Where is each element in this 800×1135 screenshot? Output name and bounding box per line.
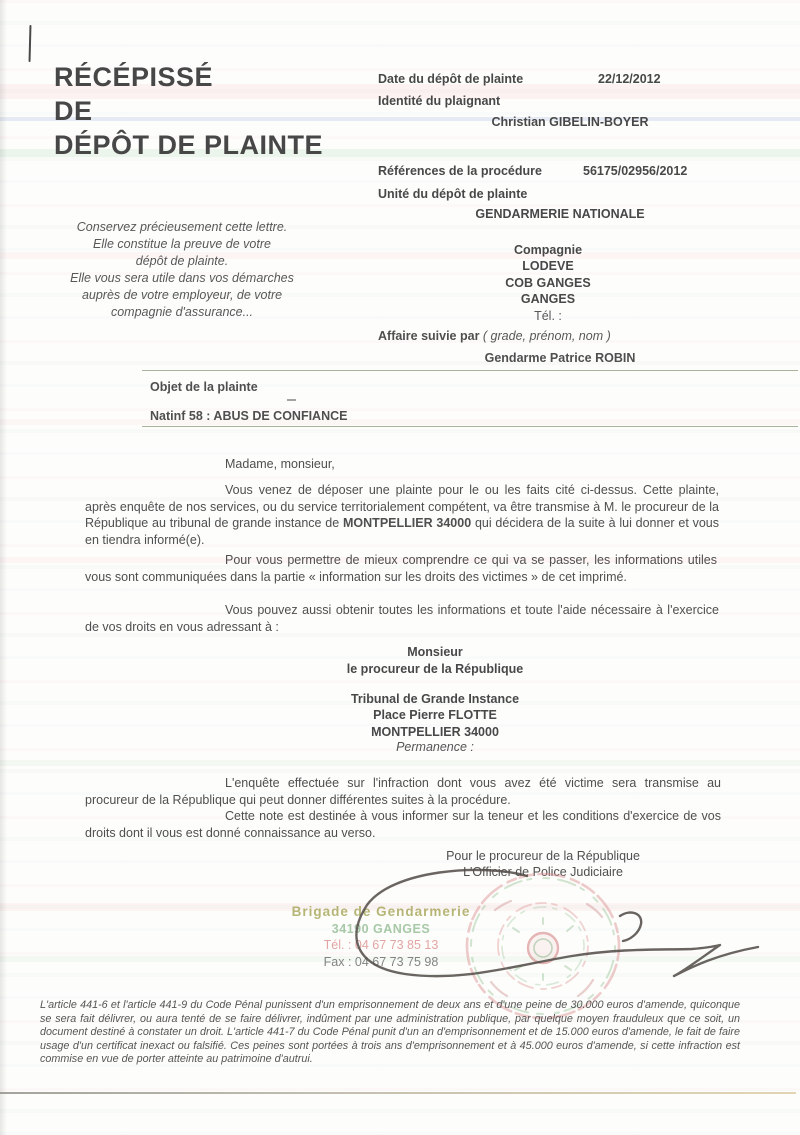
handwritten-signature [330,858,775,1013]
paragraph-victim-rights: Pour vous permettre de mieux comprendre … [85,552,717,585]
identity-label: Identité du plaignant [378,94,500,108]
note-line: dépôt de plainte. [36,253,328,270]
footer-legal-text: L'article 441-6 et l'article 441-9 du Co… [40,999,740,1067]
page-title: RÉCÉPISSÉ DE DÉPÔT DE PLAINTE [54,60,323,162]
addressee-line: le procureur de la République [300,661,570,678]
note-line: Elle constitue la preuve de votre [36,236,328,253]
addressee-line: Monsieur [300,644,570,661]
divider [142,426,798,427]
unit-label: Unité du dépôt de plainte [378,187,527,201]
tribunal-address-line: MONTPELLIER 34000 [300,724,570,740]
unit-address-block: Compagnie LODEVE COB GANGES GANGES Tél. … [448,242,648,324]
salutation: Madame, monsieur, [225,456,335,472]
case-officer-row: Affaire suivie par ( grade, prénom, nom … [378,328,611,344]
procedure-reference-value: 56175/02956/2012 [583,164,687,178]
date-value: 22/12/2012 [598,72,661,86]
pen-mark [29,25,32,62]
tribunal-address-line: Place Pierre FLOTTE [300,707,570,723]
unit-value: GENDARMERIE NATIONALE [440,207,680,221]
paragraph-note: Cette note est destinée à vous informer … [85,808,721,841]
title-line: DÉPÔT DE PLAINTE [54,128,323,162]
date-label: Date du dépôt de plainte [378,72,523,86]
unit-address-line: LODEVE [448,258,648,274]
scan-left-edge [0,0,7,1135]
tribunal-city-bold: MONTPELLIER 34000 [343,516,471,530]
title-line: RÉCÉPISSÉ [54,60,323,94]
permanence-label: Permanence : [300,740,570,754]
note-line: auprès de votre employeur, de votre [36,287,328,304]
keep-letter-note: Conservez précieusement cette lettre. El… [36,219,328,321]
paragraph-contact-intro: Vous pouvez aussi obtenir toutes les inf… [85,602,719,635]
complainant-name: Christian GIBELIN-BOYER [440,115,700,129]
scan-streak [0,419,800,425]
closing-paragraphs: L'enquête effectuée sur l'infraction don… [85,775,721,841]
tribunal-address-block: Tribunal de Grande Instance Place Pierre… [300,691,570,740]
paragraph-transmission: Vous venez de déposer une plainte pour l… [85,482,719,548]
scan-streak [0,760,800,766]
case-officer-label: Affaire suivie par [378,329,479,343]
note-line: compagnie d'assurance... [36,304,328,321]
unit-address-line: COB GANGES [448,275,648,291]
divider [142,370,798,371]
document-page: RÉCÉPISSÉ DE DÉPÔT DE PLAINTE Date du dé… [0,0,800,1135]
scan-bottom-edge-line [0,1092,796,1094]
title-line: DE [54,94,323,128]
unit-address-line: GANGES [448,291,648,307]
unit-address-line: Compagnie [448,242,648,258]
paragraph-enquete: L'enquête effectuée sur l'infraction don… [85,775,721,808]
note-line: Elle vous sera utile dans vos démarches [36,270,328,287]
note-line: Conservez précieusement cette lettre. [36,219,328,236]
complaint-natinf: Natinf 58 : ABUS DE CONFIANCE [150,408,347,424]
complaint-object-label: Objet de la plainte [150,379,258,395]
procedure-reference-label: Références de la procédure [378,164,542,178]
case-officer-hint: ( grade, prénom, nom ) [483,329,611,343]
addressee-block: Monsieur le procureur de la République [300,644,570,678]
pen-dash [287,399,296,401]
tribunal-address-line: Tribunal de Grande Instance [300,691,570,707]
case-officer-name: Gendarme Patrice ROBIN [440,350,680,366]
unit-phone-label: Tél. : [448,308,648,324]
